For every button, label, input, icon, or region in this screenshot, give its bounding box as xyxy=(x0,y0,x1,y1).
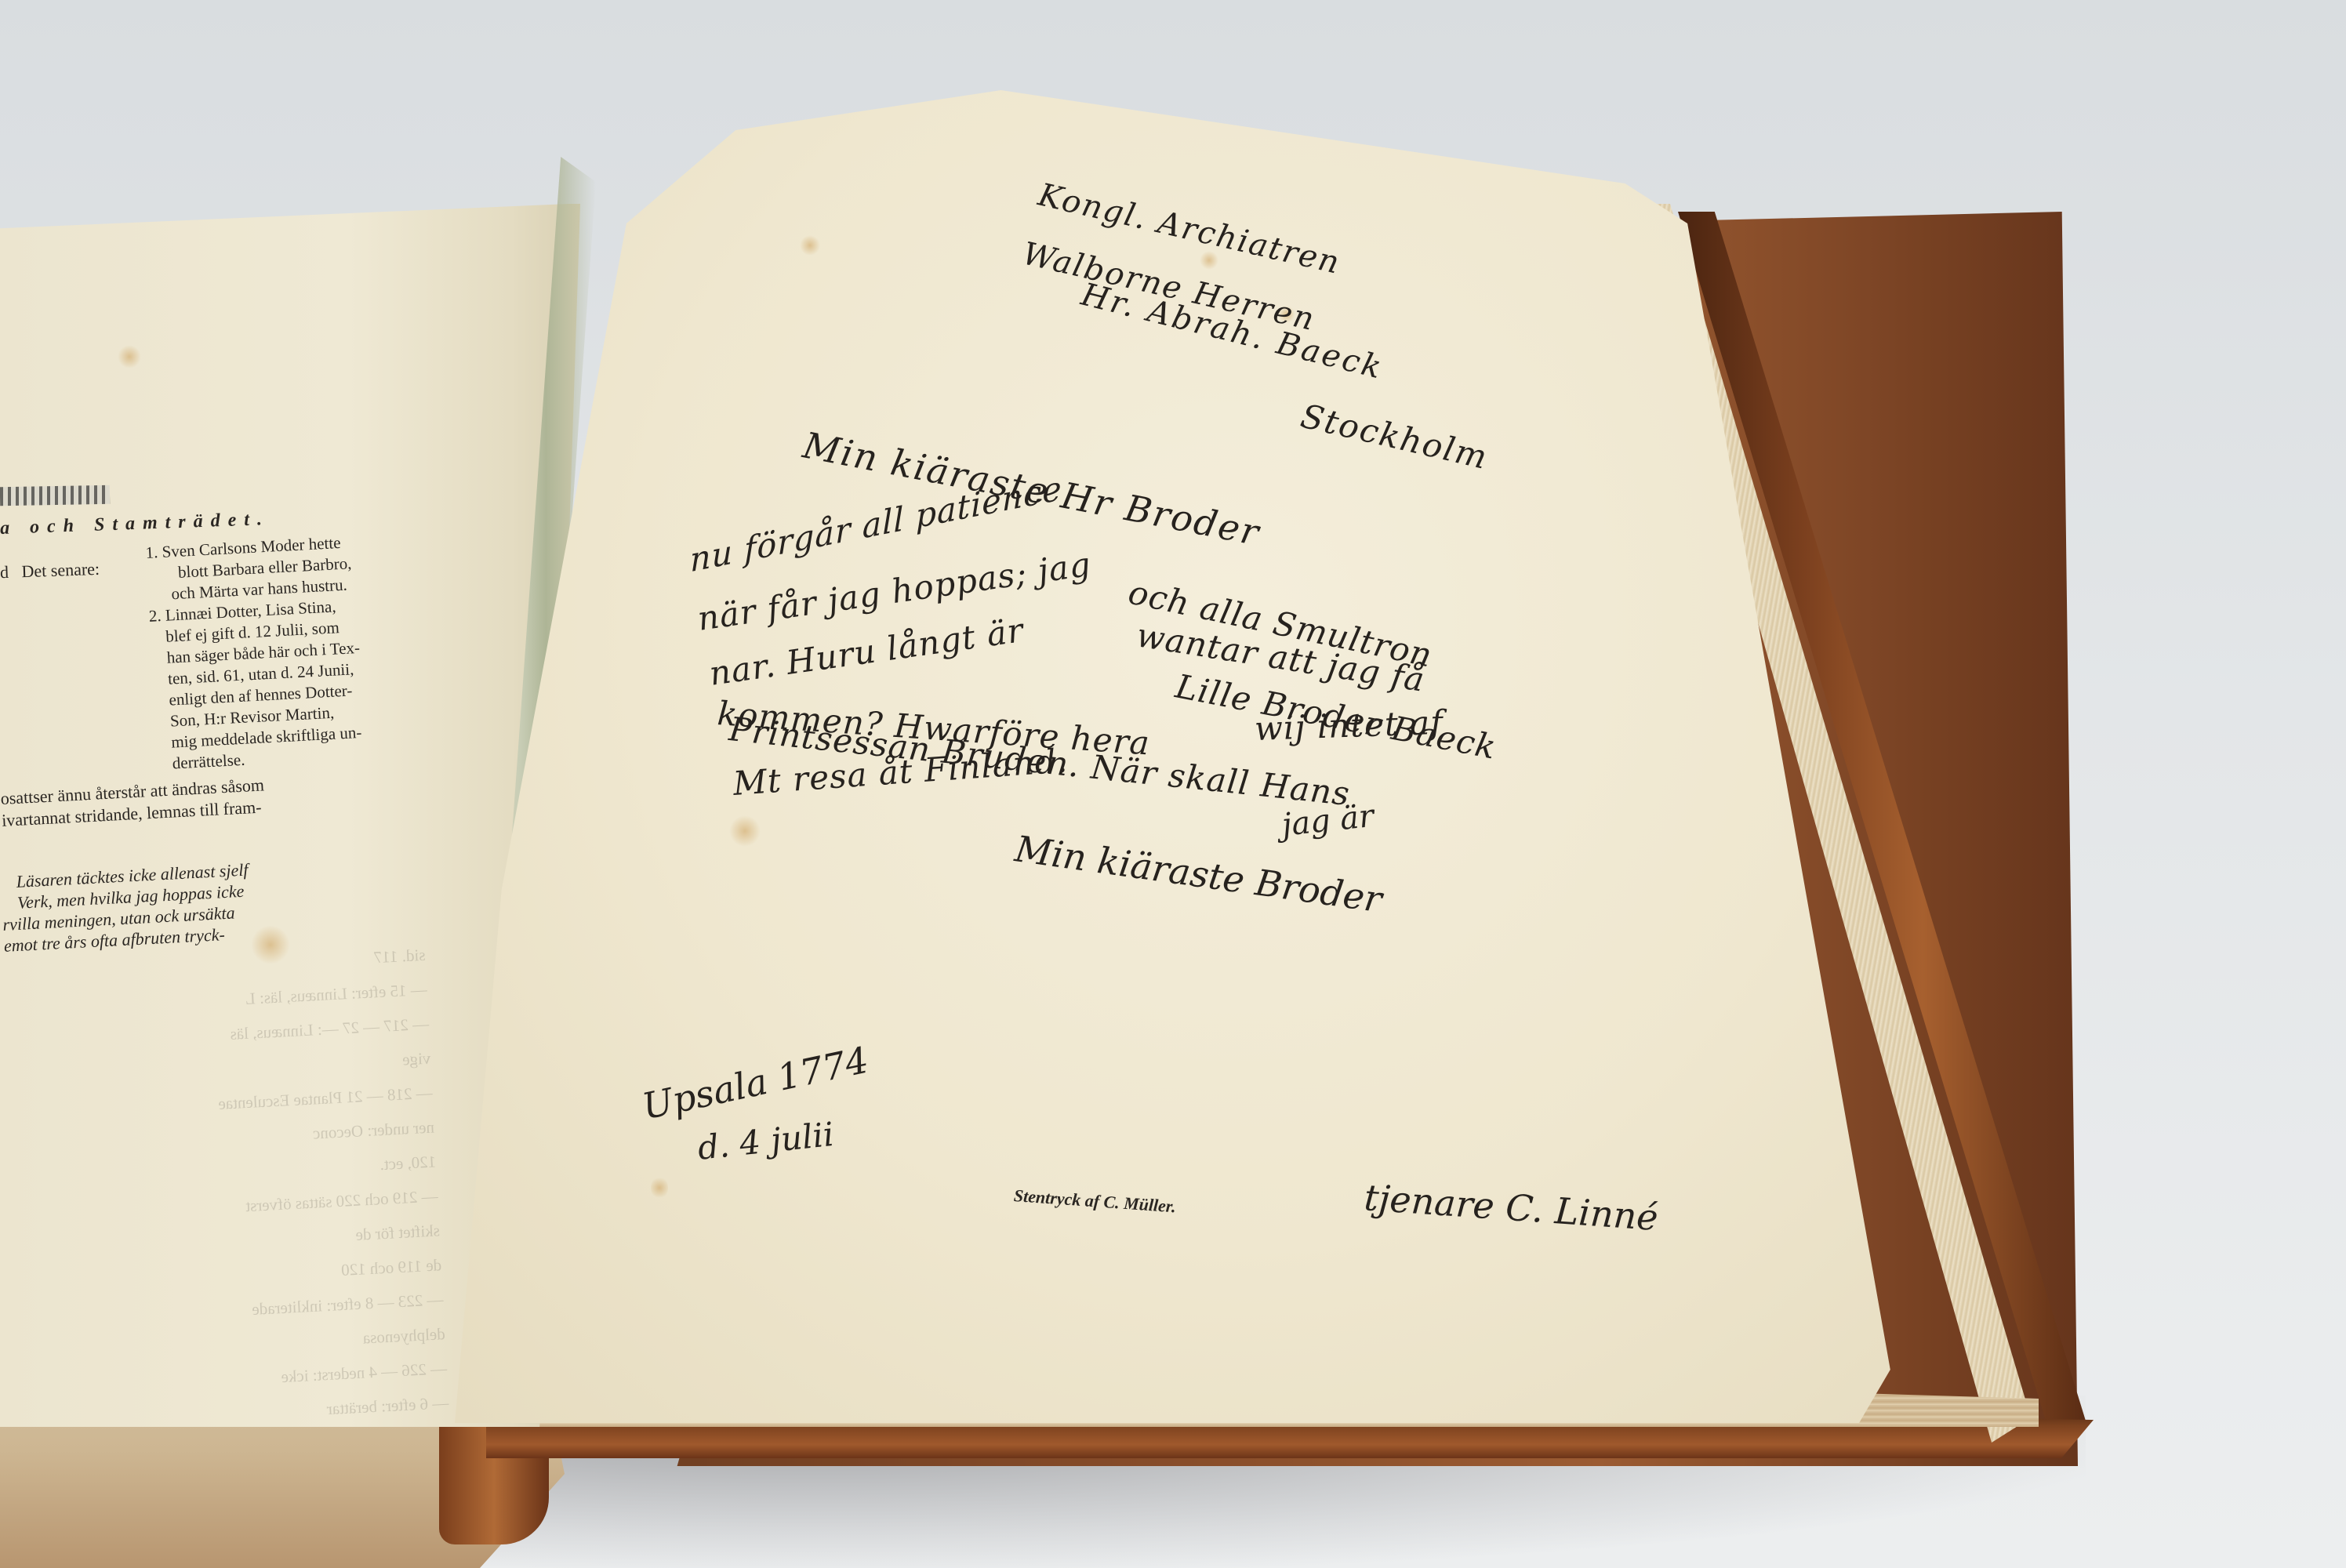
letter-body-line: wij intet af xyxy=(1254,703,1444,748)
heading-text: och Stamträdet. xyxy=(30,509,271,538)
left-page-heading: a och Stamträdet. xyxy=(0,509,270,539)
paragraph-1: osattser ännu återstår att ändras såsom … xyxy=(0,765,441,832)
foxing-stain xyxy=(729,815,761,847)
bleed-through-text: sid. 117 — 15 efter: Linnæus, läs: L — 2… xyxy=(0,938,453,1512)
foxing-stain xyxy=(251,925,290,964)
label-prefix: d xyxy=(0,562,9,582)
printed-ornament xyxy=(0,485,110,506)
note-label: d Det senare: xyxy=(0,559,100,583)
foxing-stain xyxy=(800,235,820,256)
foxing-stain xyxy=(651,1176,668,1200)
foxing-stain xyxy=(118,345,141,368)
photo-scene: a och Stamträdet. d Det senare: 1. Sven … xyxy=(0,0,2346,1568)
heading-prefix: a xyxy=(0,517,18,539)
label-text: Det senare: xyxy=(21,559,100,581)
notes-block: 1. Sven Carlsons Moder hette blott Barba… xyxy=(145,524,502,775)
